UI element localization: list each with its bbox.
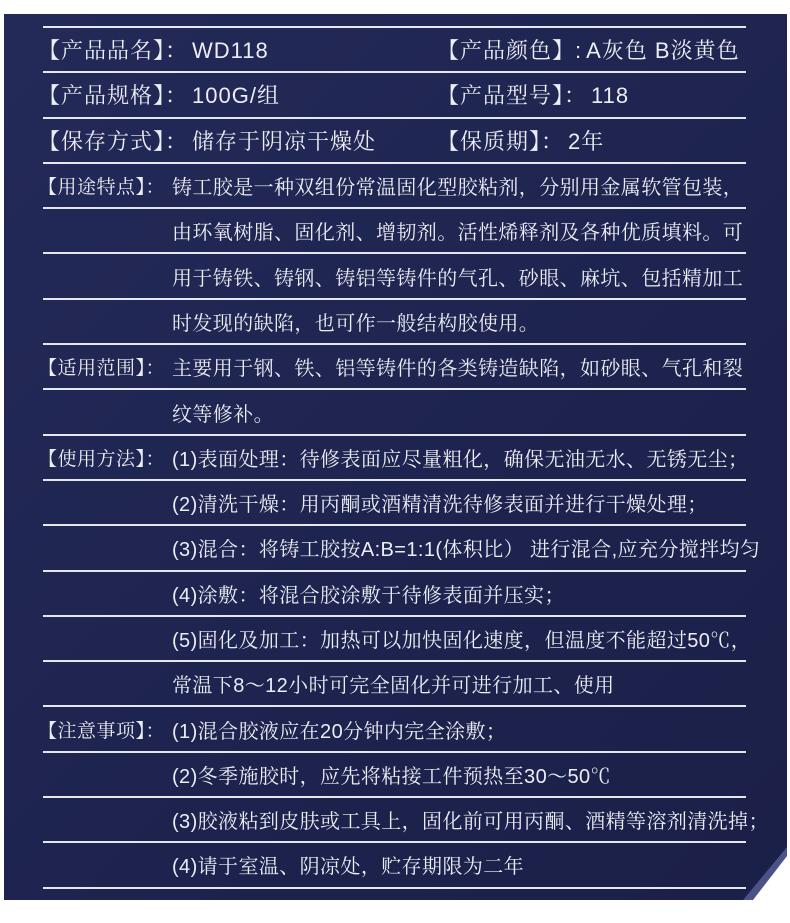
spec-row-notes-4: (4)请于室温、阴凉处，贮存期限为二年: [4, 843, 787, 886]
notes-line: (1)混合胶液应在20分钟内完全涂敷；: [172, 715, 506, 744]
notes-line: (4)请于室温、阴凉处，贮存期限为二年: [172, 850, 524, 879]
spec-row-usage-1: 【使用方法】： (1)表面处理：待修表面应尽量粗化，确保无油无水、无锈无尘；: [4, 436, 787, 479]
storage-method-cell: 【保存方式】： 储存于阴凉干燥处: [38, 125, 376, 156]
usage-line: (5)固化及加工：加热可以加快固化速度，但温度不能超过50℃，: [172, 624, 751, 653]
product-model-label: 【产品型号】：: [437, 79, 587, 110]
shelf-life-label: 【保质期】：: [437, 125, 564, 156]
product-model-cell: 【产品型号】： 118: [437, 79, 629, 110]
spec-row-usage-5: (5)固化及加工：加热可以加快固化速度，但温度不能超过50℃，: [4, 617, 787, 660]
product-color-cell: 【产品颜色】: A灰色 B淡黄色: [437, 34, 740, 65]
divider: [43, 887, 746, 889]
product-color-label: 【产品颜色】:: [437, 34, 582, 65]
product-name-label: 【产品品名】：: [38, 34, 188, 65]
usage-line: 常温下8～12小时可完全固化并可进行加工、使用: [172, 669, 615, 698]
spec-row-notes-1: 【注意事项】： (1)混合胶液应在20分钟内完全涂敷；: [4, 707, 787, 750]
spec-row-notes-3: (3)胶液粘到皮肤或工具上，固化前可用丙酮、酒精等溶剂清洗掉；: [4, 798, 787, 841]
usage-label: 【使用方法】：: [38, 444, 165, 471]
product-spec-sheet: 【产品品名】： WD118 【产品颜色】: A灰色 B淡黄色 【产品规格】： 1…: [0, 0, 790, 923]
notes-line: (2)冬季施胶时，应先将粘接工件预热至30～50℃: [172, 760, 611, 789]
spec-row-features-1: 【用途特点】： 铸工胶是一种双组份常温固化型胶粘剂，分别用金属软管包装，: [4, 164, 787, 207]
spec-row-usage-3: (3)混合：将铸工胶按A:B=1:1(体积比） 进行混合,应充分搅拌均匀: [4, 526, 787, 569]
spec-row-features-2: 由环氧树脂、固化剂、增韧剂。活性烯释剂及各种优质填料。可: [4, 209, 787, 252]
usage-line: (1)表面处理：待修表面应尽量粗化，确保无油无水、无锈无尘；: [172, 443, 748, 472]
spec-row-storage-shelflife: 【保存方式】： 储存于阴凉干燥处 【保质期】： 2年: [4, 119, 787, 162]
spec-row-usage-4: (4)涂敷：将混合胶涂敷于待修表面并压实；: [4, 572, 787, 615]
usage-line: (4)涂敷：将混合胶涂敷于待修表面并压实；: [172, 579, 565, 608]
spec-row-features-4: 时发现的缺陷，也可作一般结构胶使用。: [4, 300, 787, 343]
product-name-cell: 【产品品名】： WD118: [38, 34, 269, 65]
spec-row-scope-1: 【适用范围】： 主要用于钢、铁、铝等铸件的各类铸造缺陷，如砂眼、气孔和裂: [4, 345, 787, 388]
scope-label: 【适用范围】：: [38, 353, 165, 380]
features-line: 用于铸铁、铸钢、铸铝等铸件的气孔、砂眼、麻坑、包括精加工: [172, 262, 743, 291]
product-color-value: A灰色 B淡黄色: [586, 34, 739, 65]
features-line: 铸工胶是一种双组份常温固化型胶粘剂，分别用金属软管包装，: [172, 171, 743, 200]
storage-method-label: 【保存方式】：: [38, 125, 188, 156]
spec-row-usage-6: 常温下8～12小时可完全固化并可进行加工、使用: [4, 662, 787, 705]
notes-label: 【注意事项】：: [38, 716, 165, 743]
notes-line: (3)胶液粘到皮肤或工具上，固化前可用丙酮、酒精等溶剂清洗掉；: [172, 805, 769, 834]
scope-line: 主要用于钢、铁、铝等铸件的各类铸造缺陷，如砂眼、气孔和裂: [172, 352, 743, 381]
shelf-life-value: 2年: [568, 125, 604, 156]
usage-line: (2)清洗干燥：用丙酮或酒精清洗待修表面并进行干燥处理；: [172, 488, 708, 517]
spec-row-usage-2: (2)清洗干燥：用丙酮或酒精清洗待修表面并进行干燥处理；: [4, 481, 787, 524]
spec-table: 【产品品名】： WD118 【产品颜色】: A灰色 B淡黄色 【产品规格】： 1…: [4, 26, 787, 889]
product-spec-cell: 【产品规格】： 100G/组: [38, 79, 280, 110]
usage-line: (3)混合：将铸工胶按A:B=1:1(体积比） 进行混合,应充分搅拌均匀: [172, 533, 760, 562]
product-spec-value: 100G/组: [192, 79, 280, 110]
spec-row-spec-model: 【产品规格】： 100G/组 【产品型号】： 118: [4, 73, 787, 116]
product-name-value: WD118: [192, 38, 269, 64]
spec-row-scope-2: 纹等修补。: [4, 390, 787, 433]
features-label: 【用途特点】：: [38, 172, 165, 199]
storage-method-value: 储存于阴凉干燥处: [192, 125, 376, 156]
product-spec-label: 【产品规格】：: [38, 79, 188, 110]
features-line: 时发现的缺陷，也可作一般结构胶使用。: [172, 307, 539, 336]
spec-panel: 【产品品名】： WD118 【产品颜色】: A灰色 B淡黄色 【产品规格】： 1…: [4, 14, 787, 900]
features-line: 由环氧树脂、固化剂、增韧剂。活性烯释剂及各种优质填料。可: [172, 216, 743, 245]
spec-row-features-3: 用于铸铁、铸钢、铸铝等铸件的气孔、砂眼、麻坑、包括精加工: [4, 254, 787, 297]
spec-row-product-name-color: 【产品品名】： WD118 【产品颜色】: A灰色 B淡黄色: [4, 28, 787, 71]
shelf-life-cell: 【保质期】： 2年: [437, 125, 604, 156]
spec-row-notes-2: (2)冬季施胶时，应先将粘接工件预热至30～50℃: [4, 753, 787, 796]
scope-line: 纹等修补。: [172, 398, 274, 427]
product-model-value: 118: [591, 83, 629, 109]
